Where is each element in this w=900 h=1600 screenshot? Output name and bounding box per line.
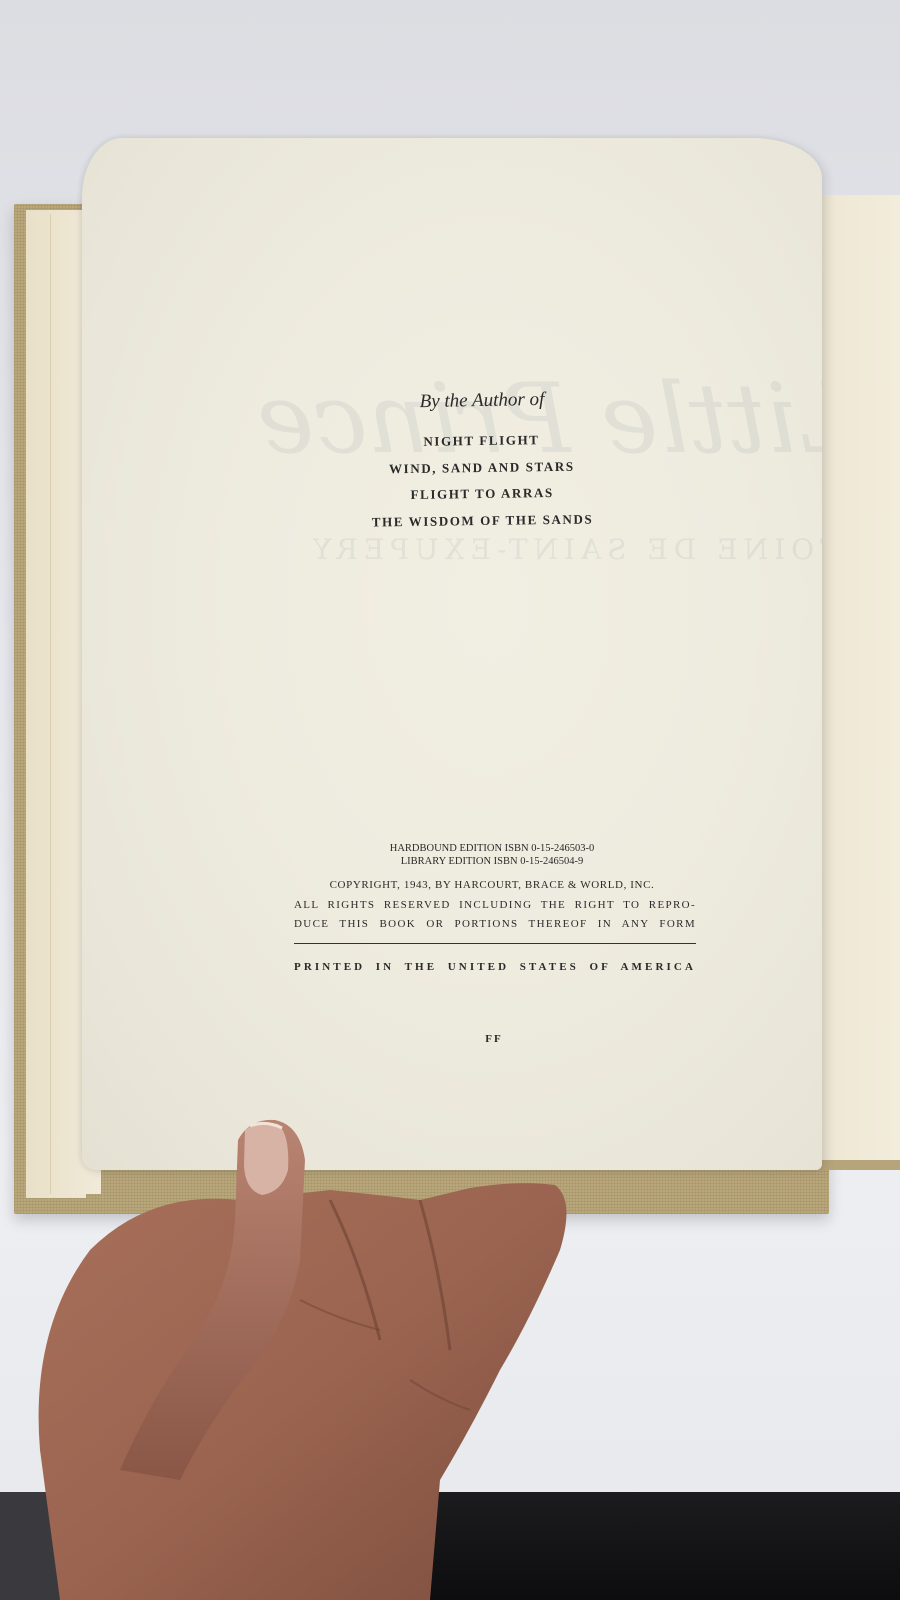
page-content: By the Author of NIGHT FLIGHT WIND, SAND… xyxy=(82,138,822,1170)
copyright-line: COPYRIGHT, 1943, BY HARCOURT, BRACE & WO… xyxy=(82,879,822,891)
printer-code: FF xyxy=(82,1033,822,1045)
rights-line-2: DUCE THIS BOOK OR PORTIONS THEREOF IN AN… xyxy=(294,915,696,934)
isbn-hardbound: HARDBOUND EDITION ISBN 0-15-246503-0 xyxy=(82,842,822,855)
facing-page-edge xyxy=(810,195,900,1163)
isbn-block: HARDBOUND EDITION ISBN 0-15-246503-0 LIB… xyxy=(82,842,822,868)
rights-statement: ALL RIGHTS RESERVED INCLUDING THE RIGHT … xyxy=(294,896,696,934)
other-titles-list: NIGHT FLIGHT WIND, SAND AND STARS FLIGHT… xyxy=(82,422,822,539)
author-heading: By the Author of xyxy=(82,383,822,419)
dark-surface xyxy=(0,1492,900,1600)
printed-in-line: PRINTED IN THE UNITED STATES OF AMERICA xyxy=(294,961,696,973)
copyright-page: The Little Prince ANTOINE DE SAINT-EXUPE… xyxy=(82,138,822,1170)
rights-line-1: ALL RIGHTS RESERVED INCLUDING THE RIGHT … xyxy=(294,896,696,915)
isbn-library: LIBRARY EDITION ISBN 0-15-246504-9 xyxy=(82,855,822,868)
cover-edge-right xyxy=(810,1160,900,1170)
divider-rule xyxy=(294,943,696,944)
